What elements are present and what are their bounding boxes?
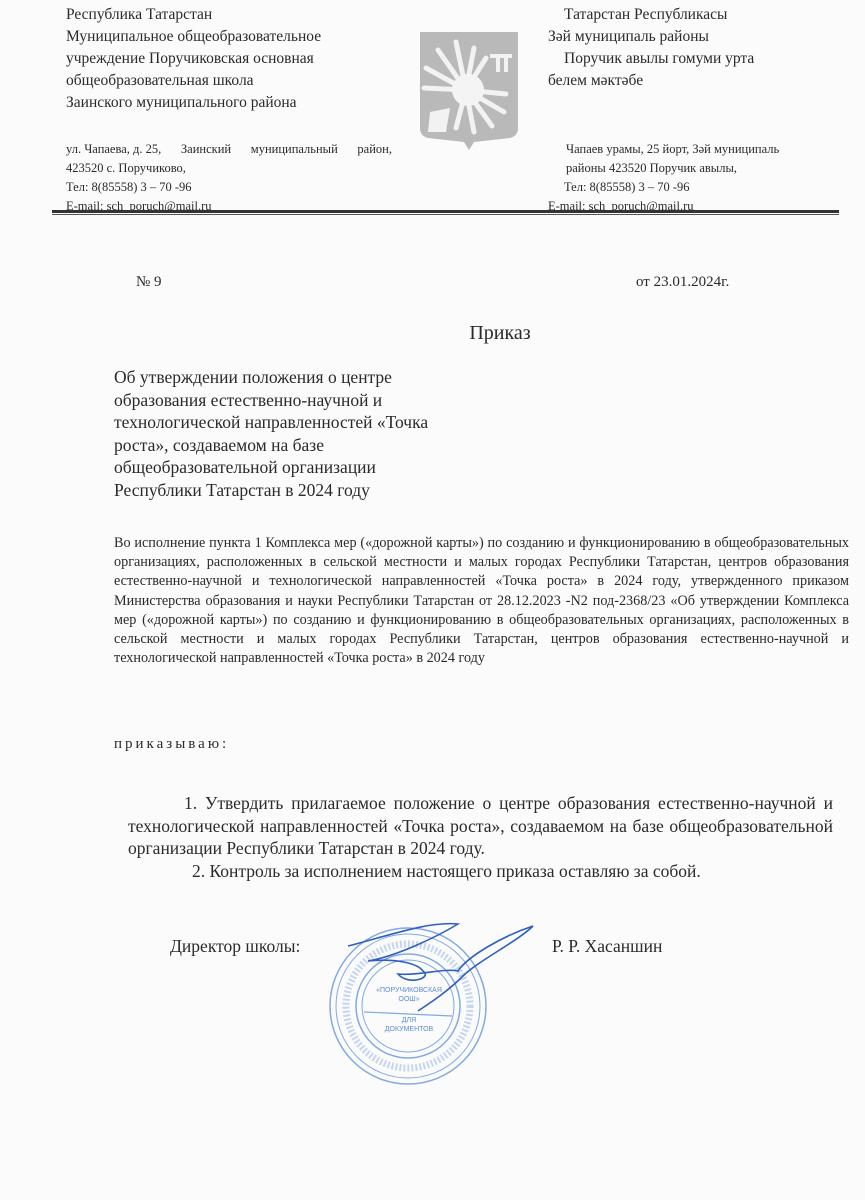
stamp-text: «ПОРУЧИКОВСКАЯ bbox=[374, 986, 444, 995]
header-divider-thin bbox=[52, 214, 839, 215]
coat-of-arms-sun-icon bbox=[416, 28, 522, 150]
signature-name: Р. Р. Хасаншин bbox=[552, 936, 662, 957]
header-right-block: Татарстан Республикасы Зәй муниципаль ра… bbox=[548, 4, 754, 92]
subject-line: роста», создаваемом на базе bbox=[114, 434, 494, 457]
address-part: Заинский bbox=[181, 140, 231, 159]
header-right-line: Татарстан Республикасы bbox=[548, 4, 754, 26]
subject-line: Республики Татарстан в 2024 году bbox=[114, 479, 494, 502]
document-title: Приказ bbox=[0, 322, 865, 345]
header-left-line: общеобразовательная школа bbox=[66, 70, 321, 92]
document-number: № 9 bbox=[136, 274, 162, 291]
header-left-line: Муниципальное общеобразовательное bbox=[66, 26, 321, 48]
header-left-line: учреждение Поручиковская основная bbox=[66, 48, 321, 70]
subject-line: технологической направленностей «Точка bbox=[114, 411, 494, 434]
header-left-block: Республика Татарстан Муниципальное общео… bbox=[66, 4, 321, 114]
header-left-line: Заинского муниципального района bbox=[66, 92, 321, 114]
address-left: ул. Чапаева, д. 25, Заинский муниципальн… bbox=[66, 140, 396, 216]
stamp-text: ДОКУМЕНТОВ bbox=[374, 1025, 444, 1034]
subject-line: образования естественно-научной и bbox=[114, 389, 494, 412]
address-left-phone: Тел: 8(85558) 3 – 70 -96 bbox=[66, 178, 396, 197]
subject-line: общеобразовательной организации bbox=[114, 456, 494, 479]
document-date: от 23.01.2024г. bbox=[636, 274, 729, 291]
address-part: район, bbox=[357, 140, 392, 159]
header-right-line: Поручик авылы гомуми урта bbox=[548, 48, 754, 70]
address-right-line1: Чапаев урамы, 25 йорт, Зәй муниципаль bbox=[548, 140, 779, 159]
header-left-line: Республика Татарстан bbox=[66, 4, 321, 26]
order-item-1: 1. Утвердить прилагаемое положение о цен… bbox=[128, 792, 833, 860]
address-right-line2: районы 423520 Поручик авылы, bbox=[548, 159, 779, 178]
order-item-2: 2. Контроль за исполнением настоящего пр… bbox=[128, 860, 833, 883]
signature-position: Директор школы: bbox=[170, 936, 300, 957]
document-subject: Об утверждении положения о центре образо… bbox=[114, 366, 494, 501]
stamp-text: ДЛЯ bbox=[374, 1016, 444, 1025]
address-left-line2: 423520 с. Поручиково, bbox=[66, 159, 396, 178]
address-right-phone: Тел: 8(85558) 3 – 70 -96 bbox=[548, 178, 779, 197]
address-right: Чапаев урамы, 25 йорт, Зәй муниципаль ра… bbox=[548, 140, 779, 216]
stamp-text: ООШ» bbox=[374, 995, 444, 1004]
document-preamble: Во исполнение пункта 1 Комплекса мер («д… bbox=[114, 534, 849, 668]
address-part: муниципальный bbox=[251, 140, 338, 159]
address-left-line1: ул. Чапаева, д. 25, Заинский муниципальн… bbox=[66, 140, 392, 159]
official-stamp: «ПОРУЧИКОВСКАЯ ООШ» ДЛЯ ДОКУМЕНТОВ bbox=[328, 916, 538, 1086]
header-right-line: Зәй муниципаль районы bbox=[548, 26, 754, 48]
subject-line: Об утверждении положения о центре bbox=[114, 366, 494, 389]
order-items: 1. Утвердить прилагаемое положение о цен… bbox=[128, 792, 833, 882]
address-part: ул. Чапаева, д. 25, bbox=[66, 140, 161, 159]
order-word: приказываю: bbox=[114, 736, 229, 753]
header-divider bbox=[52, 210, 839, 213]
header-right-line: белем мәктәбе bbox=[548, 70, 754, 92]
